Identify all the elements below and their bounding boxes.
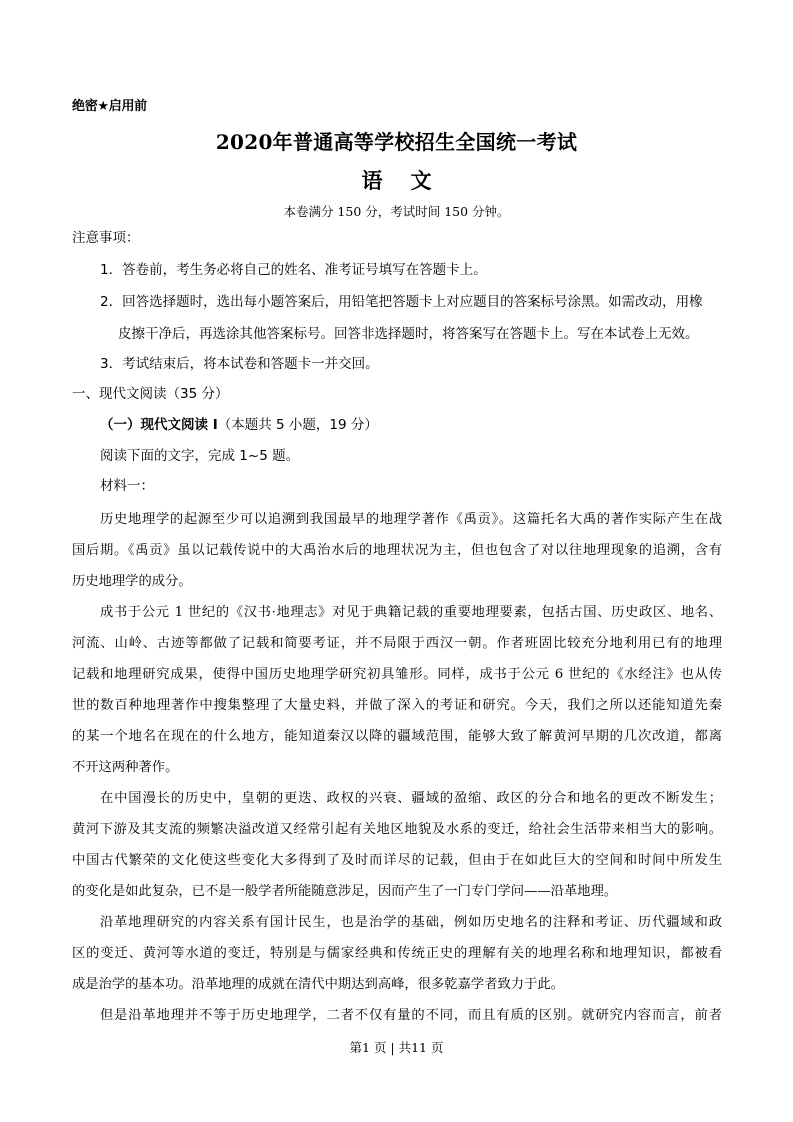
notes-heading: 注意事项： (72, 226, 140, 246)
passage-line: 沿革地理研究的内容关系有国计民生，也是治学的基础，例如历史地名的注释和考证、历代… (100, 911, 722, 930)
passage-line: 世的数百种地理著作中搜集整理了大量史料，并做了深入的考证和研究。今天，我们之所以… (72, 694, 722, 713)
exam-subtitle: 本卷满分 150 分，考试时间 150 分钟。 (0, 202, 793, 220)
subsection-heading: （一）现代文阅读 I（本题共 5 小题，19 分） (100, 413, 378, 433)
passage-line: 河流、山岭、古迹等都做了记载和简要考证，并不局限于西汉一朝。作者班固比较充分地利… (72, 632, 722, 651)
material-label: 材料一： (100, 474, 154, 494)
passage-line: 成是治学的基本功。沿革地理的成就在清代中期达到高峰，很多乾嘉学者致力于此。 (72, 973, 722, 992)
passage-line: 历史地理学的起源至少可以追溯到我国最早的地理学著作《禹贡》。这篇托名大禹的著作实… (100, 508, 722, 527)
note-item-3: 3．考试结束后，将本试卷和答题卡一并交回。 (100, 352, 379, 372)
passage-line: 黄河下游及其支流的频繁决溢改道又经常引起有关地区地貌及水系的变迁，给社会生活带来… (72, 818, 722, 837)
passage-line: 不开这两种著作。 (72, 756, 722, 775)
passage-line: 国后期。《禹贡》虽以记载传说中的大禹治水后的地理状况为主，但也包含了对以往地理现… (72, 539, 722, 558)
confidential-mark: 绝密★启用前 (72, 95, 147, 114)
subject-title: 语文 (0, 165, 793, 195)
subsection-note: （本题共 5 小题，19 分） (218, 417, 378, 433)
subject-char-1: 语 (362, 165, 383, 195)
passage-line: 成书于公元 1 世纪的《汉书·地理志》对见于典籍记载的重要地理要素，包括古国、历… (100, 601, 722, 620)
page-footer: 第1 页 | 共11 页 (0, 1038, 793, 1056)
exam-page: 绝密★启用前 2020年普通高等学校招生全国统一考试 语文 本卷满分 150 分… (0, 0, 793, 1122)
note-item-2: 2．回答选择题时，选出每小题答案后，用铅笔把答题卡上对应题目的答案标号涂黑。如需… (100, 290, 703, 310)
passage-line: 记载和地理研究成果，使得中国历史地理学研究初具雏形。同样，成书于公元 6 世纪的… (72, 663, 722, 682)
note-item-1: 1．答卷前，考生务必将自己的姓名、准考证号填写在答题卡上。 (100, 258, 487, 278)
passage-line: 中国古代繁荣的文化使这些变化大多得到了及时而详尽的记载，但由于在如此巨大的空间和… (72, 849, 722, 868)
subsection-title: （一）现代文阅读 I (100, 417, 218, 433)
subject-char-2: 文 (411, 165, 432, 195)
passage-line: 历史地理学的成分。 (72, 570, 722, 589)
passage-line: 的某一个地名在现在的什么地方，能知道秦汉以降的疆域范围，能够大致了解黄河早期的几… (72, 725, 722, 744)
passage-line: 的变化是如此复杂，已不是一般学者所能随意涉足，因而产生了一门专门学问——沿革地理… (72, 880, 722, 899)
passage-line: 在中国漫长的历史中，皇朝的更迭、政权的兴衰、疆域的盈缩、政区的分合和地名的更改不… (100, 787, 722, 806)
passage-line: 但是沿革地理并不等于历史地理学，二者不仅有量的不同，而且有质的区别。就研究内容而… (100, 1004, 722, 1023)
reading-instruction: 阅读下面的文字，完成 1~5 题。 (100, 444, 299, 464)
passage-line: 区的变迁、黄河等水道的变迁，特别是与儒家经典和传统正史的理解有关的地理名称和地理… (72, 942, 722, 961)
exam-title: 2020年普通高等学校招生全国统一考试 (0, 126, 793, 155)
note-item-2-cont: 皮擦干净后，再选涂其他答案标号。回答非选择题时，将答案写在答题卡上。写在本试卷上… (118, 322, 699, 342)
section-heading: 一、现代文阅读（35 分） (72, 382, 228, 402)
